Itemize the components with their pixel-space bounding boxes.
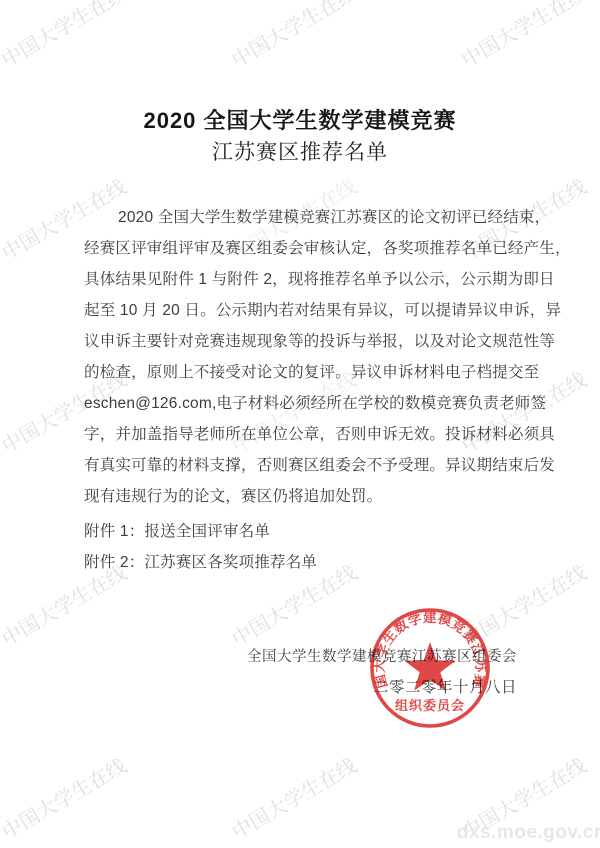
body-line: 起至 10 月 20 日。公示期内若对结果有异议，可以提请异议申诉，异 bbox=[84, 295, 528, 326]
seal-ring bbox=[372, 610, 488, 726]
body-line: 现有违规行为的论文，赛区仍将追加处罚。 bbox=[84, 481, 528, 512]
attachment-list: 附件 1：报送全国评审名单 附件 2：江苏赛区各奖项推荐名单 bbox=[84, 516, 528, 578]
site-url-watermark: dxs.moe.gov.cn bbox=[457, 822, 600, 844]
seal-bottom-text: 组织委员会 bbox=[395, 698, 465, 713]
body-line: 经赛区评审组评审及赛区组委会审核认定，各奖项推荐名单已经产生， bbox=[84, 233, 528, 264]
watermark-text: 中国大学生在线 bbox=[458, 749, 600, 845]
body-line: 议申诉主要针对竞赛违规现象等的投诉与举报，以及对论文规范性等 bbox=[84, 326, 528, 357]
body-line: eschen@126.com,电子材料必须经所在学校的数模竞赛负责老师签 bbox=[84, 388, 528, 419]
body-line: 的检查，原则上不接受对论文的复评。异议申诉材料电子档提交至 bbox=[84, 357, 528, 388]
watermark-text: 中国大学生在线 bbox=[228, 749, 370, 845]
page-subtitle: 江苏赛区推荐名单 bbox=[0, 136, 600, 166]
watermark-text: 中国大学生在线 bbox=[0, 0, 140, 73]
body-line: 有真实可靠的材料支撑，否则赛区组委会不予受理。异议期结束后发 bbox=[84, 450, 528, 481]
signature-date: 二零二零年十月八日 bbox=[83, 675, 517, 697]
attachment-line-1: 附件 1：报送全国评审名单 bbox=[84, 516, 528, 547]
body-line: 具体结果见附件 1 与附件 2，现将推荐名单予以公示，公示期为即日 bbox=[84, 264, 528, 295]
body-paragraph: 2020 全国大学生数学建模竞赛江苏赛区的论文初评已经结束， 经赛区评审组评审及… bbox=[84, 202, 528, 512]
attachment-line-2: 附件 2：江苏赛区各奖项推荐名单 bbox=[84, 547, 528, 578]
body-line: 字，并加盖指导老师所在单位公章，否则申诉无效。投诉材料必须具 bbox=[84, 419, 528, 450]
signature-org: 全国大学生数学建模竞赛江苏赛区组委会 bbox=[83, 645, 517, 666]
body-line: 2020 全国大学生数学建模竞赛江苏赛区的论文初评已经结束， bbox=[84, 202, 528, 233]
watermark-text: 中国大学生在线 bbox=[0, 749, 140, 845]
watermark-text: 中国大学生在线 bbox=[228, 0, 370, 73]
page-title: 2020 全国大学生数学建模竞赛 bbox=[0, 104, 600, 135]
official-seal: 全国大学生数学建模竞赛江苏赛区 组织委员会 bbox=[360, 598, 500, 738]
document-page: 中国大学生在线 中国大学生在线 中国大学生在线 中国大学生在线 中国大学生在线 … bbox=[0, 0, 600, 848]
watermark-text: 中国大学生在线 bbox=[458, 0, 600, 73]
